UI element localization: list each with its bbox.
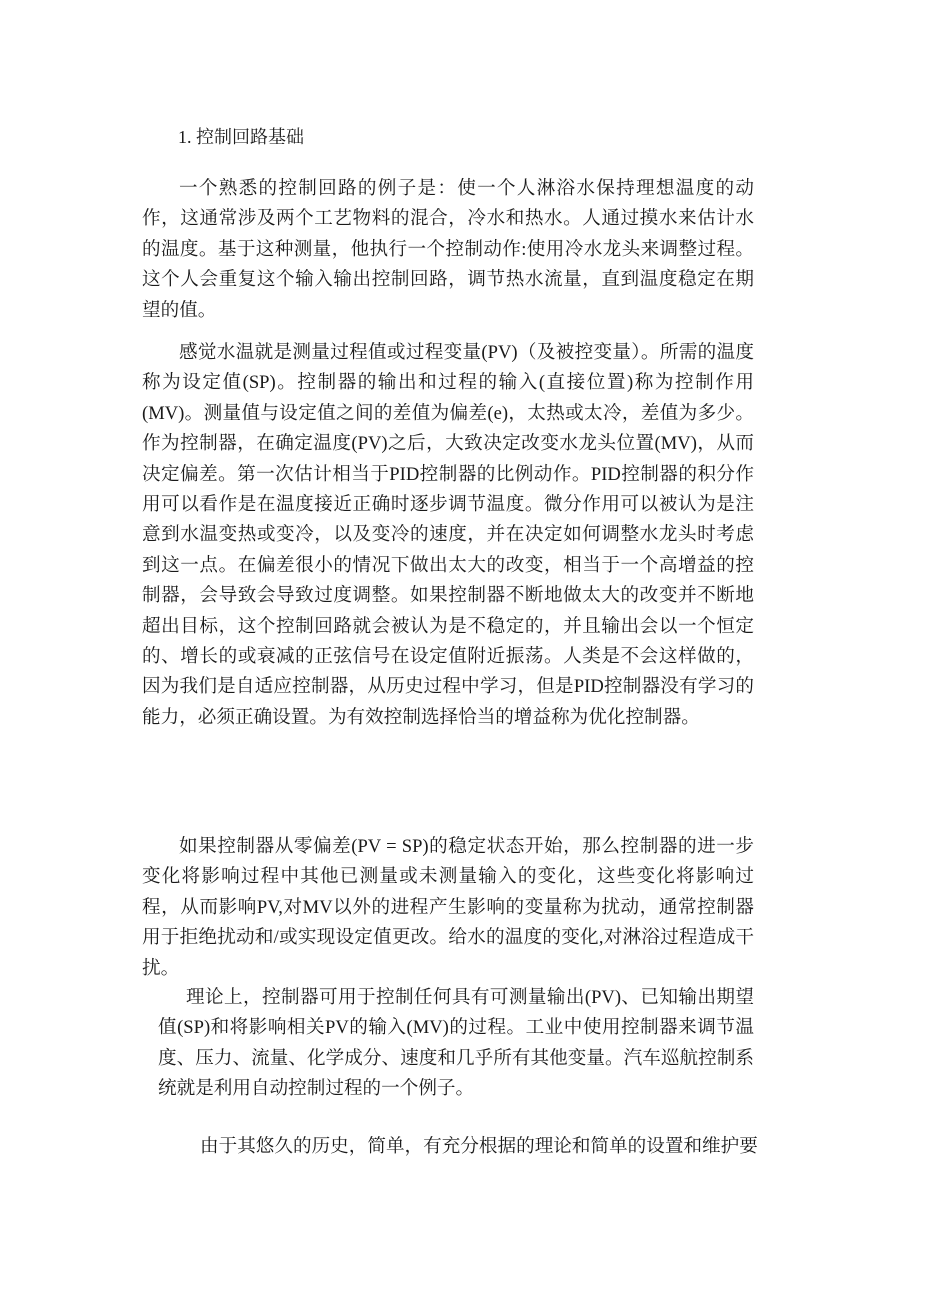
paragraph-pv-sp-mv: 感觉水温就是测量过程值或过程变量(PV)（及被控变量）。所需的温度称为设定值(S… [142, 338, 754, 733]
paragraph-history: 由于其悠久的历史，简单，有充分根据的理论和简单的设置和维护要 [158, 1132, 754, 1162]
section-heading: 1. 控制回路基础 [178, 124, 304, 150]
paragraph-disturbance: 如果控制器从零偏差(PV = SP)的稳定状态开始，那么控制器的进一步变化将影响… [142, 832, 754, 984]
paragraph-applications: 理论上，控制器可用于控制任何具有可测量输出(PV)、已知输出期望值(SP)和将影… [158, 983, 754, 1105]
paragraph-shower-example: 一个熟悉的控制回路的例子是：使一个人淋浴水保持理想温度的动作，这通常涉及两个工艺… [142, 174, 754, 326]
